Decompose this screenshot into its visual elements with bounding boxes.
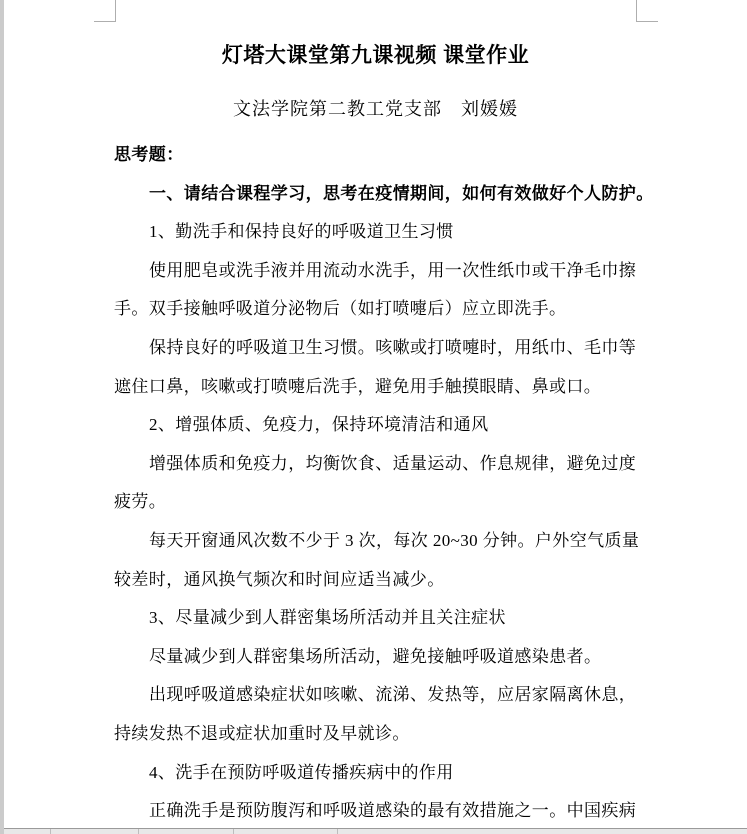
body-line[interactable]: 正确洗手是预防腹泻和呼吸道感染的最有效措施之一。中国疾病 bbox=[114, 792, 637, 831]
body-line[interactable]: 每天开窗通风次数不少于 3 次，每次 20~30 分钟。户外空气质量 bbox=[114, 522, 637, 561]
body-line[interactable]: 出现呼吸道感染症状如咳嗽、流涕、发热等，应居家隔离休息， bbox=[114, 676, 637, 715]
body-line[interactable]: 遮住口鼻，咳嗽或打喷嚏后洗手，避免用手触摸眼睛、鼻或口。 bbox=[114, 368, 637, 407]
body-line[interactable]: 3、尽量减少到人群密集场所活动并且关注症状 bbox=[114, 599, 637, 638]
table-cell-divider bbox=[50, 829, 51, 834]
text-boundary-mark-top-left-vertical bbox=[115, 0, 116, 21]
document-page[interactable]: 灯塔大课堂第九课视频 课堂作业 文法学院第二教工党支部 刘媛媛 思考题： 一、请… bbox=[0, 0, 747, 834]
document-title[interactable]: 灯塔大课堂第九课视频 课堂作业 bbox=[114, 39, 637, 69]
body-line[interactable]: 较差时，通风换气频次和时间应适当减少。 bbox=[114, 561, 637, 600]
body-line[interactable]: 手。双手接触呼吸道分泌物后（如打喷嚏后）应立即洗手。 bbox=[114, 290, 637, 329]
body-line[interactable]: 4、洗手在预防呼吸道传播疾病中的作用 bbox=[114, 754, 637, 793]
body-line[interactable]: 尽量减少到人群密集场所活动，避免接触呼吸道感染患者。 bbox=[114, 638, 637, 677]
table-top-edge[interactable] bbox=[4, 828, 747, 834]
body-line[interactable]: 使用肥皂或洗手液并用流动水洗手，用一次性纸巾或干净毛巾擦 bbox=[114, 252, 637, 291]
document-body: 思考题： 一、请结合课程学习，思考在疫情期间，如何有效做好个人防护。 1、勤洗手… bbox=[114, 136, 637, 831]
table-cell-divider bbox=[233, 829, 234, 834]
workspace-left-edge bbox=[0, 0, 4, 834]
body-line[interactable]: 增强体质和免疫力，均衡饮食、适量运动、作息规律，避免过度 bbox=[114, 445, 637, 484]
body-line-question[interactable]: 一、请结合课程学习，思考在疫情期间，如何有效做好个人防护。 bbox=[114, 175, 637, 214]
table-cell-divider bbox=[337, 829, 338, 834]
body-line[interactable]: 保持良好的呼吸道卫生习惯。咳嗽或打喷嚏时，用纸巾、毛巾等 bbox=[114, 329, 637, 368]
text-boundary-mark-top-left-horizontal bbox=[94, 21, 116, 22]
body-line[interactable]: 1、勤洗手和保持良好的呼吸道卫生习惯 bbox=[114, 213, 637, 252]
body-line-heading[interactable]: 思考题： bbox=[114, 136, 637, 175]
body-line[interactable]: 持续发热不退或症状加重时及早就诊。 bbox=[114, 715, 637, 754]
text-boundary-mark-top-right-horizontal bbox=[636, 21, 658, 22]
body-line[interactable]: 2、增强体质、免疫力，保持环境清洁和通风 bbox=[114, 406, 637, 445]
text-boundary-mark-top-right-vertical bbox=[636, 0, 637, 21]
table-cell-divider bbox=[138, 829, 139, 834]
document-byline[interactable]: 文法学院第二教工党支部 刘媛媛 bbox=[114, 95, 637, 121]
body-line[interactable]: 疲劳。 bbox=[114, 483, 637, 522]
